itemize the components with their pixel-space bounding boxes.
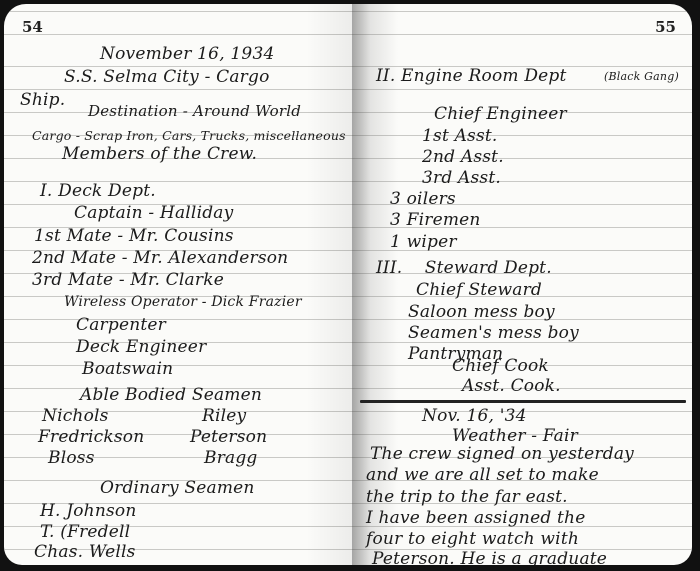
right-page: 55 II. Engine Room Dept (Black Gang) Chi…: [352, 4, 692, 565]
first-asst: 1st Asst.: [422, 126, 498, 146]
asst-cook: Asst. Cook.: [462, 376, 561, 396]
seaman-bloss: Bloss: [48, 448, 95, 468]
diary-line: The crew signed on yesterday: [370, 444, 634, 464]
seaman-nichols: Nichols: [42, 406, 109, 426]
captain: Captain - Halliday: [74, 203, 233, 223]
boatswain: Boatswain: [82, 359, 173, 379]
ordinary-seamen-heading: Ordinary Seamen: [100, 478, 255, 498]
diary-line: the trip to the far east.: [366, 487, 568, 507]
firemen: 3 Firemen: [390, 210, 481, 230]
gutter-shadow: [306, 4, 352, 565]
chief-cook: Chief Cook: [452, 356, 549, 376]
open-notebook: 54 November 16, 1934 S.S. Selma City - C…: [0, 0, 700, 571]
deck-dept-heading: I. Deck Dept.: [40, 181, 156, 201]
seamens-mess-boy: Seamen's mess boy: [408, 323, 579, 343]
diary-entry-date: Nov. 16, '34: [422, 406, 527, 426]
engine-dept-note: (Black Gang): [604, 70, 679, 83]
page-number: 54: [22, 18, 43, 36]
first-mate: 1st Mate - Mr. Cousins: [34, 226, 234, 246]
deck-engineer: Deck Engineer: [76, 337, 206, 357]
entry-date: November 16, 1934: [100, 44, 274, 64]
engine-dept-heading: II. Engine Room Dept: [376, 66, 567, 86]
chief-steward: Chief Steward: [416, 280, 542, 300]
ship-name-cont: Ship.: [20, 90, 65, 110]
cargo: Cargo - Scrap Iron, Cars, Trucks, miscel…: [32, 128, 346, 143]
seaman-fredrickson: Fredrickson: [38, 427, 144, 447]
second-asst: 2nd Asst.: [422, 147, 504, 167]
entry-divider-line: [360, 400, 686, 403]
seaman-peterson: Peterson: [190, 427, 267, 447]
diary-line: four to eight watch with: [366, 529, 579, 549]
seaman-bragg: Bragg: [204, 448, 258, 468]
diary-line: and we are all set to make: [366, 465, 599, 485]
diary-line: Peterson. He is a graduate: [372, 549, 607, 565]
seaman-johnson: H. Johnson: [40, 501, 137, 521]
members-heading: Members of the Crew.: [62, 144, 257, 164]
third-asst: 3rd Asst.: [422, 168, 501, 188]
seaman-riley: Riley: [202, 406, 246, 426]
seaman-fredell: T. (Fredell: [40, 522, 130, 542]
seaman-wells: Chas. Wells: [34, 542, 136, 562]
diary-line: I have been assigned the: [366, 508, 585, 528]
wireless-operator: Wireless Operator - Dick Frazier: [64, 294, 302, 310]
weather-note: Weather - Fair: [452, 426, 578, 446]
able-bodied-heading: Able Bodied Seamen: [80, 385, 262, 405]
ship-name: S.S. Selma City - Cargo: [64, 67, 270, 87]
wiper: 1 wiper: [390, 232, 457, 252]
steward-dept-heading: III. Steward Dept.: [376, 258, 552, 278]
saloon-mess-boy: Saloon mess boy: [408, 302, 555, 322]
left-page: 54 November 16, 1934 S.S. Selma City - C…: [4, 4, 352, 565]
carpenter: Carpenter: [76, 315, 166, 335]
oilers: 3 oilers: [390, 189, 456, 209]
chief-engineer: Chief Engineer: [434, 104, 567, 124]
page-number: 55: [655, 18, 676, 36]
third-mate: 3rd Mate - Mr. Clarke: [32, 270, 224, 290]
second-mate: 2nd Mate - Mr. Alexanderson: [32, 248, 288, 268]
destination: Destination - Around World: [88, 102, 301, 120]
